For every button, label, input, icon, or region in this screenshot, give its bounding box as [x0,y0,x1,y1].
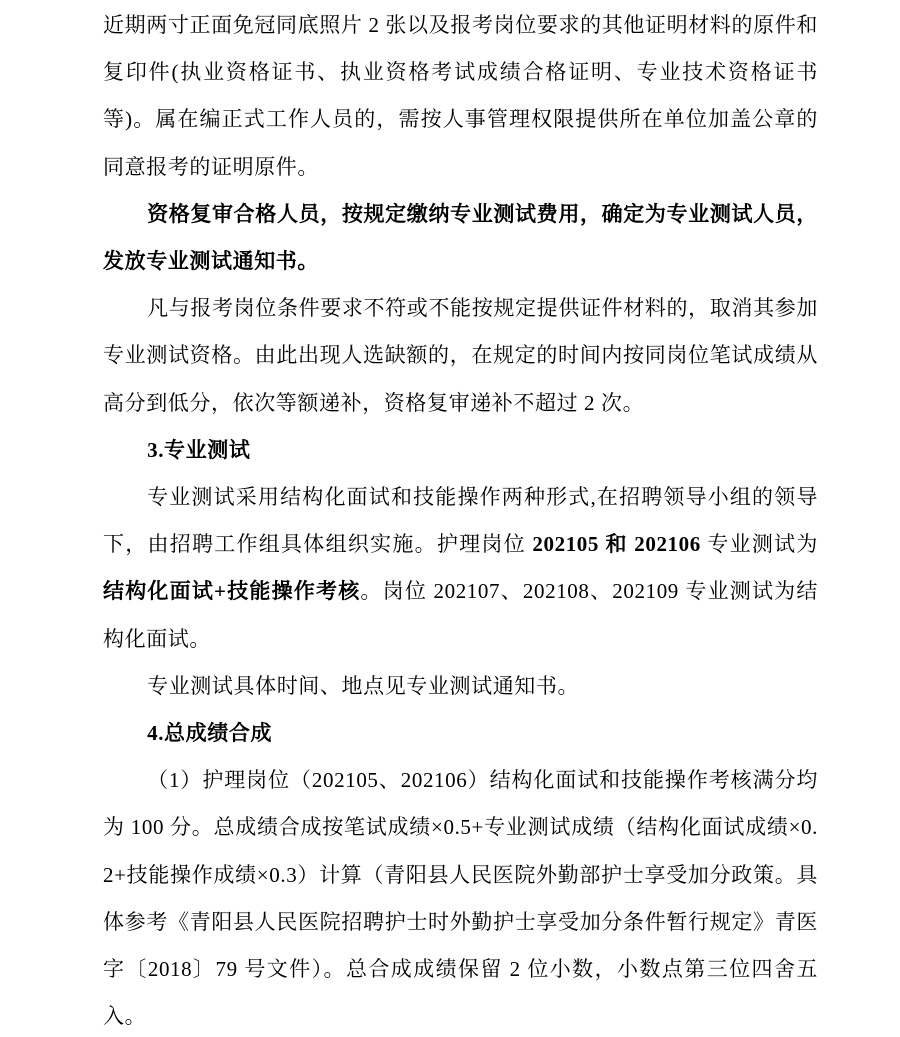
text-run: 资格复审合格人员，按规定缴纳专业测试费用，确定为专业测试人员，发放专业测试通知书… [103,202,818,273]
text-run: 专业测试具体时间、地点见专业测试通知书。 [147,674,579,698]
text-run-bold-position-codes: 202105 和 202106 [532,532,700,556]
heading-total-score: 4.总成绩合成 [103,710,818,757]
paragraph-score-calculation: （1）护理岗位（202105、202106）结构化面试和技能操作考核满分均为 1… [103,757,818,1037]
text-run: 近期两寸正面免冠同底照片 2 张以及报考岗位要求的其他证明材料的原件和复印件(执… [103,13,818,179]
paragraph-test-format: 专业测试采用结构化面试和技能操作两种形式,在招聘领导小组的领导下，由招聘工作组具… [103,474,818,663]
text-run: （1）护理岗位（202105、202106）结构化面试和技能操作考核满分均为 1… [103,768,818,1028]
document-body: 近期两寸正面免冠同底照片 2 张以及报考岗位要求的其他证明材料的原件和复印件(执… [103,2,818,1037]
document-page: 近期两寸正面免冠同底照片 2 张以及报考岗位要求的其他证明材料的原件和复印件(执… [0,0,900,1037]
heading-text: 4.总成绩合成 [147,721,272,745]
heading-text: 3.专业测试 [147,438,250,462]
heading-professional-test: 3.专业测试 [103,427,818,474]
paragraph-disqualification-rules: 凡与报考岗位条件要求不符或不能按规定提供证件材料的，取消其参加专业测试资格。由此… [103,285,818,427]
paragraph-materials-continued: 近期两寸正面免冠同底照片 2 张以及报考岗位要求的其他证明材料的原件和复印件(执… [103,2,818,191]
text-run-bold-test-type: 结构化面试+技能操作考核 [103,579,360,603]
paragraph-test-schedule: 专业测试具体时间、地点见专业测试通知书。 [103,663,818,710]
text-run: 凡与报考岗位条件要求不符或不能按规定提供证件材料的，取消其参加专业测试资格。由此… [103,296,818,414]
paragraph-qualification-pass: 资格复审合格人员，按规定缴纳专业测试费用，确定为专业测试人员，发放专业测试通知书… [103,191,818,285]
text-run: 专业测试为 [701,532,818,556]
